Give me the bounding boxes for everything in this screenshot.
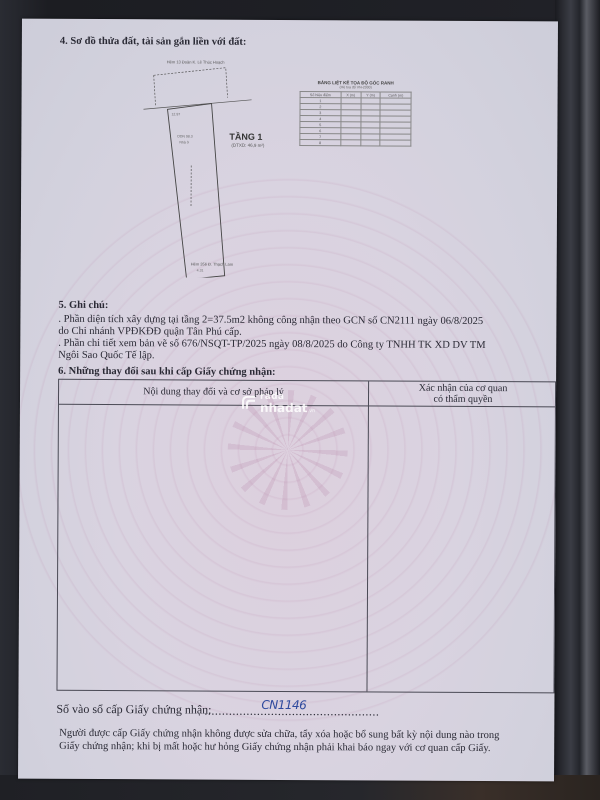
changes-content-column: [57, 380, 369, 692]
note-line: Ngôi Sao Quốc Tế lập.: [58, 349, 154, 363]
parcel-diagram: DDN 98.3 Nhà ở 12.97 4.31: [141, 57, 282, 278]
coordinate-table: BẢNG LIỆT KÊ TỌA ĐỘ GÓC RANH (Hệ tọa độ …: [299, 80, 411, 147]
section-4-title: 4. Sơ đồ thửa đất, tài sản gắn liền với …: [60, 35, 247, 49]
changes-confirmation-header: Xác nhận của cơ quan có thẩm quyền: [369, 382, 557, 405]
coordinate-table-subtitle: (Hệ tọa độ VN-2000): [300, 85, 412, 90]
certificate-page: 4. Sơ đồ thửa đất, tài sản gắn liền với …: [18, 19, 558, 782]
coord-cell: [380, 140, 411, 146]
road-label-bottom: Hẻm 356 Đ. Thạch Lam: [191, 261, 233, 266]
coord-cell: 8: [300, 140, 341, 146]
background-fabric: [555, 0, 600, 800]
coord-cell: [340, 140, 360, 146]
watermark-brand: nhadat: [260, 401, 308, 415]
warning-line: Giấy chứng nhận; khi bị mất hoặc hư hỏng…: [59, 740, 490, 755]
parcel-sketch: DDN 98.3 Nhà ở 12.97 4.31: [141, 57, 282, 278]
road-label-top: Hẻm 13 Đoàn K. Lê Thúc Hoạch: [167, 59, 225, 64]
confirmation-header-line2: có thẩm quyền: [369, 393, 557, 405]
section-5-title: 5. Ghi chú:: [58, 299, 108, 312]
svg-text:12.97: 12.97: [171, 112, 180, 116]
svg-text:4.31: 4.31: [197, 269, 204, 273]
changes-table: Nội dung thay đổi và cơ sở pháp lý Xác n…: [56, 379, 556, 694]
watermark-suffix: .vn: [308, 408, 316, 414]
section-6-title: 6. Những thay đổi sau khi cấp Giấy chứng…: [58, 365, 275, 379]
coord-cell: [360, 140, 380, 146]
floor-area: (DTXD: 46,9 m²): [231, 143, 264, 148]
coord-row: 8: [300, 140, 411, 147]
registration-number: CN1146: [261, 698, 306, 712]
svg-text:Nhà ở: Nhà ở: [179, 140, 189, 144]
floor-label: TẦNG 1: [229, 132, 262, 142]
changes-content-header: Nội dung thay đổi và cơ sở pháp lý: [59, 380, 368, 406]
registration-label: Số vào sổ cấp Giấy chứng nhận:: [56, 703, 211, 717]
watermark-bottom: nhadat.vn: [260, 401, 315, 415]
svg-text:DDN 98.3: DDN 98.3: [177, 134, 192, 138]
watermark-logo-icon: [242, 396, 256, 410]
